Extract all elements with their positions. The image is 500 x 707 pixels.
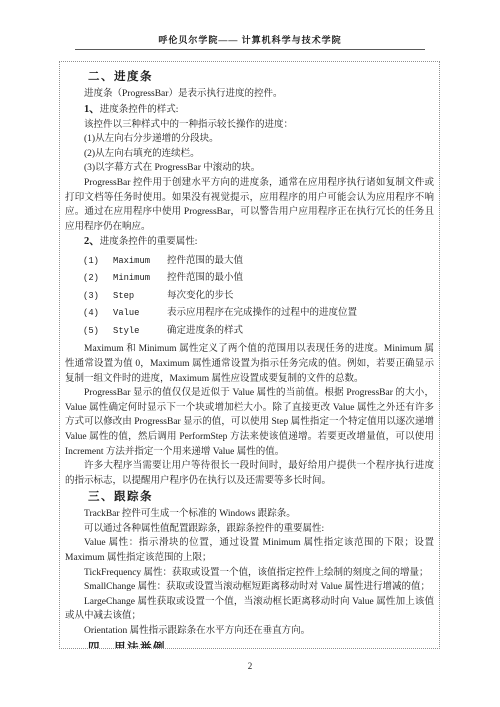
property-row: (2)Minimum控件范围的最小值: [65, 272, 434, 285]
text-line: TrackBar 控件可生成一个标准的 Windows 跟踪条。: [65, 507, 434, 522]
paragraph: ProgressBar 控件用于创建水平方向的进度条，通常在应用程序执行诸如复制…: [65, 176, 434, 234]
numbered-prefix: 2、: [84, 236, 100, 247]
page-header: 呼伦贝尔学院—— 计算机科学与技术学院: [75, 0, 425, 50]
paragraph: TickFrequency 属性：获取或设置一个值，该值指定控件上绘制的刻度之间…: [65, 566, 434, 581]
property-description: 确定进度条的样式: [167, 325, 434, 338]
property-number: (3): [83, 290, 113, 303]
page-number: 2: [248, 661, 253, 671]
property-description: 每次变化的步长: [167, 290, 434, 303]
section-heading: 三、跟踪条: [65, 489, 434, 506]
section-heading: 四、用法举例: [65, 640, 434, 649]
document-page: { "header": { "title": "呼伦贝尔学院—— 计算机科学与技…: [0, 0, 500, 707]
property-number: (2): [83, 272, 113, 285]
property-number: (1): [83, 255, 113, 268]
property-number: (5): [83, 325, 113, 338]
property-description: 表示应用程序在完成操作的过程中的进度位置: [167, 307, 434, 320]
text-line: 1、进度条控件的样式:: [65, 102, 434, 118]
property-row: (4)Value表示应用程序在完成操作的过程中的进度位置: [65, 307, 434, 320]
text-line: Orientation 属性指示跟踪条在水平方向还在垂直方向。: [65, 624, 434, 639]
paragraph: LargeChange 属性获取或设置一个值，当滚动框长距离移动时向 Value…: [65, 595, 434, 624]
text-line: 该控件以三种样式中的一种指示较长操作的进度：: [65, 118, 434, 133]
header-title: 呼伦贝尔学院—— 计算机科学与技术学院: [158, 33, 341, 49]
property-name: Value: [113, 307, 167, 320]
paragraph: Value 属性：指示滑块的位置，通过设置 Minimum 属性指定该范围的下限…: [65, 536, 434, 565]
property-name: Step: [113, 290, 167, 303]
numbered-text: 进度条控件的样式:: [100, 105, 179, 115]
property-number: (4): [83, 307, 113, 320]
numbered-text: 进度条控件的重要属性:: [100, 237, 198, 247]
paragraph: SmallChange 属性：获取或设置当滚动框短距离移动时对 Value 属性…: [65, 580, 434, 595]
paragraph: Maximum 和 Minimum 属性定义了两个值的范围用以表现任务的进度。M…: [65, 342, 434, 386]
property-row: (1)Maximum控件范围的最大值: [65, 255, 434, 268]
property-description: 控件范围的最小值: [167, 272, 434, 285]
text-line: 2、进度条控件的重要属性:: [65, 234, 434, 250]
text-line: (2)从左向右填充的连续栏。: [65, 147, 434, 162]
numbered-prefix: 1、: [84, 104, 100, 115]
property-row: (5)Style确定进度条的样式: [65, 325, 434, 338]
paragraph: ProgressBar 显示的值仅仅是近似于 Value 属性的当前值。根据 P…: [65, 386, 434, 459]
paragraph: 许多大程序当需要让用户等待很长一段时间时，最好给用户提供一个程序执行进度的指示标…: [65, 459, 434, 488]
page-footer: 2: [0, 661, 500, 671]
property-name: Minimum: [113, 272, 167, 285]
header-rule: [75, 49, 425, 50]
property-name: Maximum: [113, 255, 167, 268]
property-name: Style: [113, 325, 167, 338]
text-line: 可以通过各种属性值配置跟踪条，跟踪条控件的重要属性:: [65, 522, 434, 537]
text-line: (3)以字幕方式在 ProgressBar 中滚动的块。: [65, 161, 434, 176]
property-row: (3)Step每次变化的步长: [65, 290, 434, 303]
section-heading: 二、进度条: [65, 69, 434, 86]
text-line: (1)从左向右分步递增的分段块。: [65, 132, 434, 147]
text-line: 进度条（ProgressBar）是表示执行进度的控件。: [65, 87, 434, 102]
content-box: 二、进度条进度条（ProgressBar）是表示执行进度的控件。1、进度条控件的…: [59, 61, 440, 649]
property-description: 控件范围的最大值: [167, 255, 434, 268]
